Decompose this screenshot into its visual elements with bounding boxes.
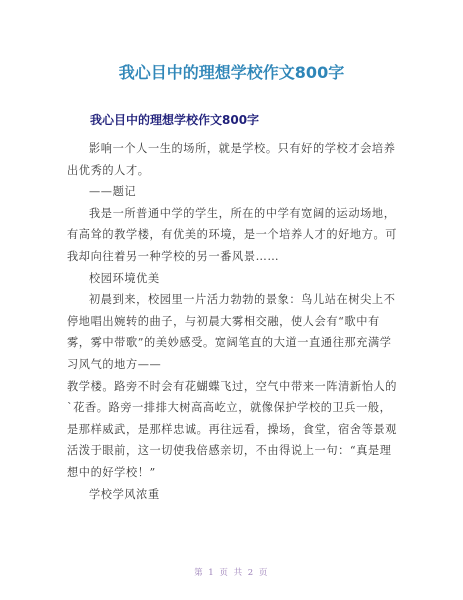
- section-heading-environment: 校园环境优美: [67, 268, 401, 290]
- paragraph-teaching-building: 教学楼。路旁不时会有花蝴蝶飞过，空气中带来一阵清新怡人的`花香。路旁一排排大树高…: [67, 376, 401, 484]
- paragraph-epigraph: ——题记: [67, 181, 401, 203]
- section-heading-study-atmosphere: 学校学风浓重: [67, 484, 401, 506]
- document-subtitle: 我心目中的理想学校作文800字: [90, 111, 259, 128]
- paragraph-morning: 初晨到来，校园里一片活力勃勃的景象：鸟儿站在树尖上不停地唱出婉转的曲子，与初晨大…: [67, 289, 401, 375]
- paragraph-school: 我是一所普通中学的学生，所在的中学有宽阔的运动场地，有高耸的教学楼，有优美的环境…: [67, 203, 401, 268]
- paragraph-intro: 影响一个人一生的场所，就是学校。只有好的学校才会培养出优秀的人才。: [67, 138, 401, 181]
- page-footer: 第 1 页 共 2 页: [0, 566, 463, 578]
- document-title: 我心目中的理想学校作文800字: [0, 60, 463, 83]
- document-body: 影响一个人一生的场所，就是学校。只有好的学校才会培养出优秀的人才。 ——题记 我…: [67, 138, 401, 505]
